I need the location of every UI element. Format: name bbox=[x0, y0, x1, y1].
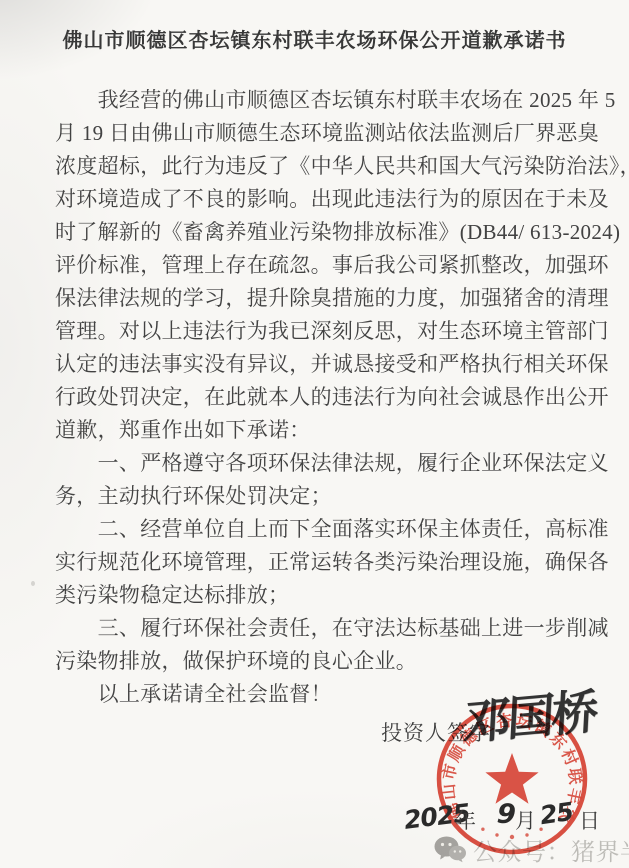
document-line: 污染物排放，做保护环境的良心企业。 bbox=[55, 645, 597, 678]
document-line: 对环境造成了不良的影响。出现此违法行为的原因在于未及 bbox=[55, 183, 597, 216]
document-line: 行政处罚决定，在此就本人的违法行为向社会诚恳作出公开 bbox=[55, 381, 597, 414]
document-line: 认定的违法事实没有异议，并诚恳接受和严格执行相关环保 bbox=[55, 348, 597, 381]
date-day-label: 日 bbox=[579, 805, 600, 835]
document-line: 评价标准，管理上存在疏忽。事后我公司紧抓整改，加强环 bbox=[55, 249, 597, 282]
date-day-handwritten: 25 bbox=[538, 797, 575, 830]
wechat-icon bbox=[434, 836, 466, 863]
scan-speck bbox=[31, 581, 35, 586]
document-line: 月 19 日由佛山市顺德生态环境监测站依法监测后厂界恶臭 bbox=[55, 117, 597, 150]
wechat-watermark: 公众号：猪界半仙 bbox=[434, 832, 629, 867]
document-line: 浓度超标，此行为违反了《中华人民共和国大气污染防治法》， bbox=[55, 150, 597, 183]
date-year-label: 年 bbox=[455, 805, 476, 835]
document-line: 三、履行环保社会责任，在守法达标基础上进一步削减 bbox=[55, 612, 597, 645]
document-line: 保法律法规的学习，提升除臭措施的力度，加强猪舍的清理 bbox=[55, 282, 597, 315]
document-line: 类污染物稳定达标排放； bbox=[55, 579, 597, 612]
document-line: 务，主动执行环保处罚决定； bbox=[55, 480, 597, 513]
date-month-handwritten: 9 bbox=[496, 798, 517, 830]
scanned-apology-letter: 佛山市顺德区杏坛镇东村联丰农场环保公开道歉承诺书 我经营的佛山市顺德区杏坛镇东村… bbox=[0, 0, 629, 868]
document-body: 我经营的佛山市顺德区杏坛镇东村联丰农场在 2025 年 5月 19 日由佛山市顺… bbox=[55, 84, 597, 711]
document-line: 二、经营单位自上而下全面落实环保主体责任，高标准 bbox=[55, 513, 597, 546]
document-line: 时了解新的《畜禽养殖业污染物排放标准》(DB44/ 613-2024) bbox=[55, 216, 597, 249]
document-line: 道歉，郑重作出如下承诺： bbox=[55, 414, 597, 447]
seal-star-icon bbox=[485, 753, 538, 804]
document-line: 我经营的佛山市顺德区杏坛镇东村联丰农场在 2025 年 5 bbox=[55, 84, 597, 117]
document-line: 管理。对以上违法行为我已深刻反思，对生态环境主管部门 bbox=[55, 315, 597, 348]
document-line: 一、严格遵守各项环保法律法规，履行企业环保法定义 bbox=[55, 447, 597, 480]
document-title: 佛山市顺德区杏坛镇东村联丰农场环保公开道歉承诺书 bbox=[0, 24, 629, 53]
date-month-label: 月 bbox=[515, 805, 536, 835]
document-line: 实行规范化环境管理，正常运转各类污染治理设施，确保各 bbox=[55, 546, 597, 579]
watermark-text: 公众号：猪界半仙 bbox=[473, 832, 629, 867]
